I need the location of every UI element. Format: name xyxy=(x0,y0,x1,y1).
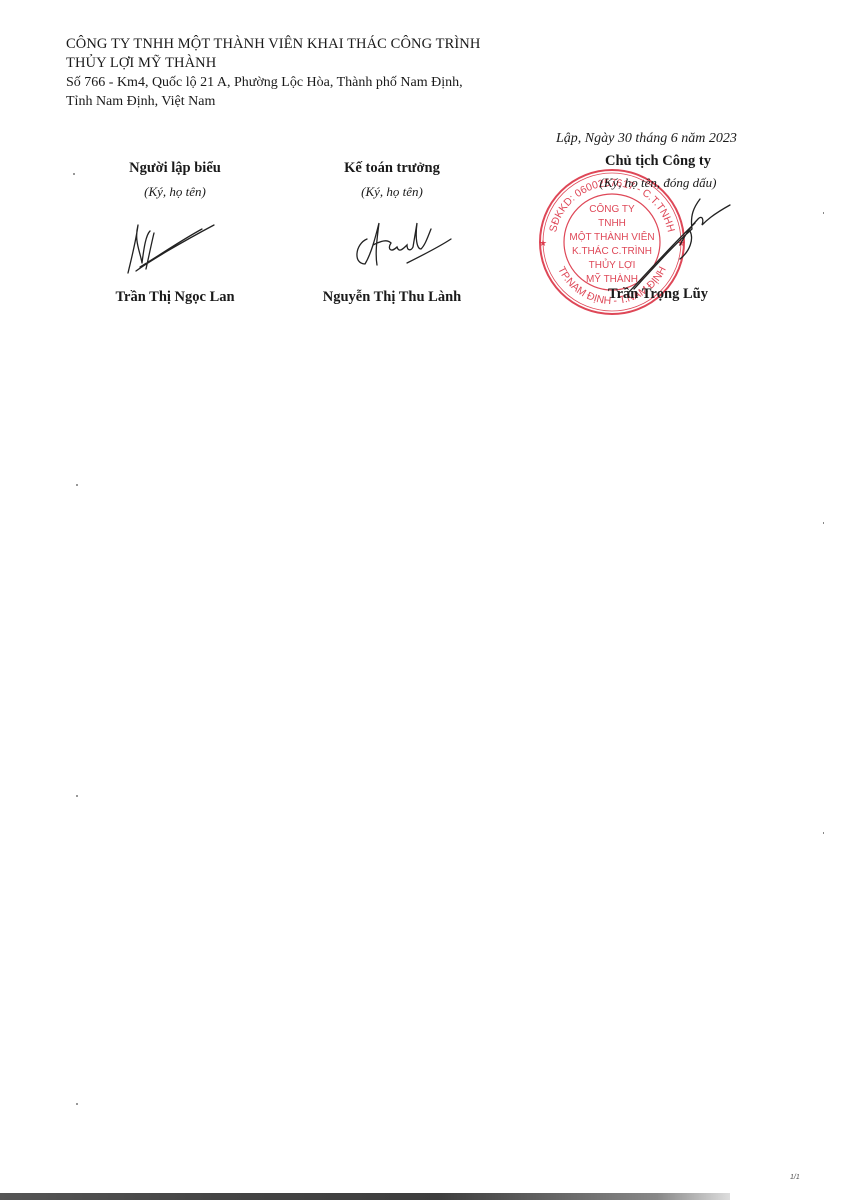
scan-speck xyxy=(823,522,824,524)
scan-speck xyxy=(76,1103,78,1105)
chairman-signature-icon xyxy=(620,185,735,300)
company-header: CÔNG TY TNHH MỘT THÀNH VIÊN KHAI THÁC CÔ… xyxy=(66,35,480,111)
signatory-title: Kế toán trưởng xyxy=(282,159,502,177)
company-address-line2: Tỉnh Nam Định, Việt Nam xyxy=(66,92,480,111)
scan-speck xyxy=(823,212,824,214)
signatory-name: Nguyễn Thị Thu Lành xyxy=(282,289,502,306)
svg-text:★: ★ xyxy=(539,238,547,248)
scan-speck xyxy=(76,795,78,797)
signature-icon xyxy=(347,209,457,274)
signatory-title: Người lập biểu xyxy=(65,159,285,177)
signatory-preparer: Người lập biểu (Ký, họ tên) Trần Thị Ngọ… xyxy=(65,159,285,309)
signatory-name: Trần Thị Ngọc Lan xyxy=(65,289,285,306)
signatory-note: (Ký, họ tên) xyxy=(282,183,502,201)
signatory-chief-accountant: Kế toán trưởng (Ký, họ tên) Nguyễn Thị T… xyxy=(282,159,502,309)
scan-speck xyxy=(823,832,824,834)
signatory-title: Chủ tịch Công ty xyxy=(548,152,768,170)
scan-speck xyxy=(73,173,75,175)
document-date: Lập, Ngày 30 tháng 6 năm 2023 xyxy=(556,131,737,147)
company-address-line1: Số 766 - Km4, Quốc lộ 21 A, Phường Lộc H… xyxy=(66,73,480,92)
company-name-line2: THỦY LỢI MỸ THÀNH xyxy=(66,54,480,73)
scanner-edge-bar xyxy=(0,1193,730,1200)
signatory-note: (Ký, họ tên) xyxy=(65,183,285,201)
page-number: 1/1 xyxy=(790,1174,800,1181)
signature-icon xyxy=(110,211,220,281)
company-name-line1: CÔNG TY TNHH MỘT THÀNH VIÊN KHAI THÁC CÔ… xyxy=(66,35,480,54)
scan-speck xyxy=(76,484,78,486)
